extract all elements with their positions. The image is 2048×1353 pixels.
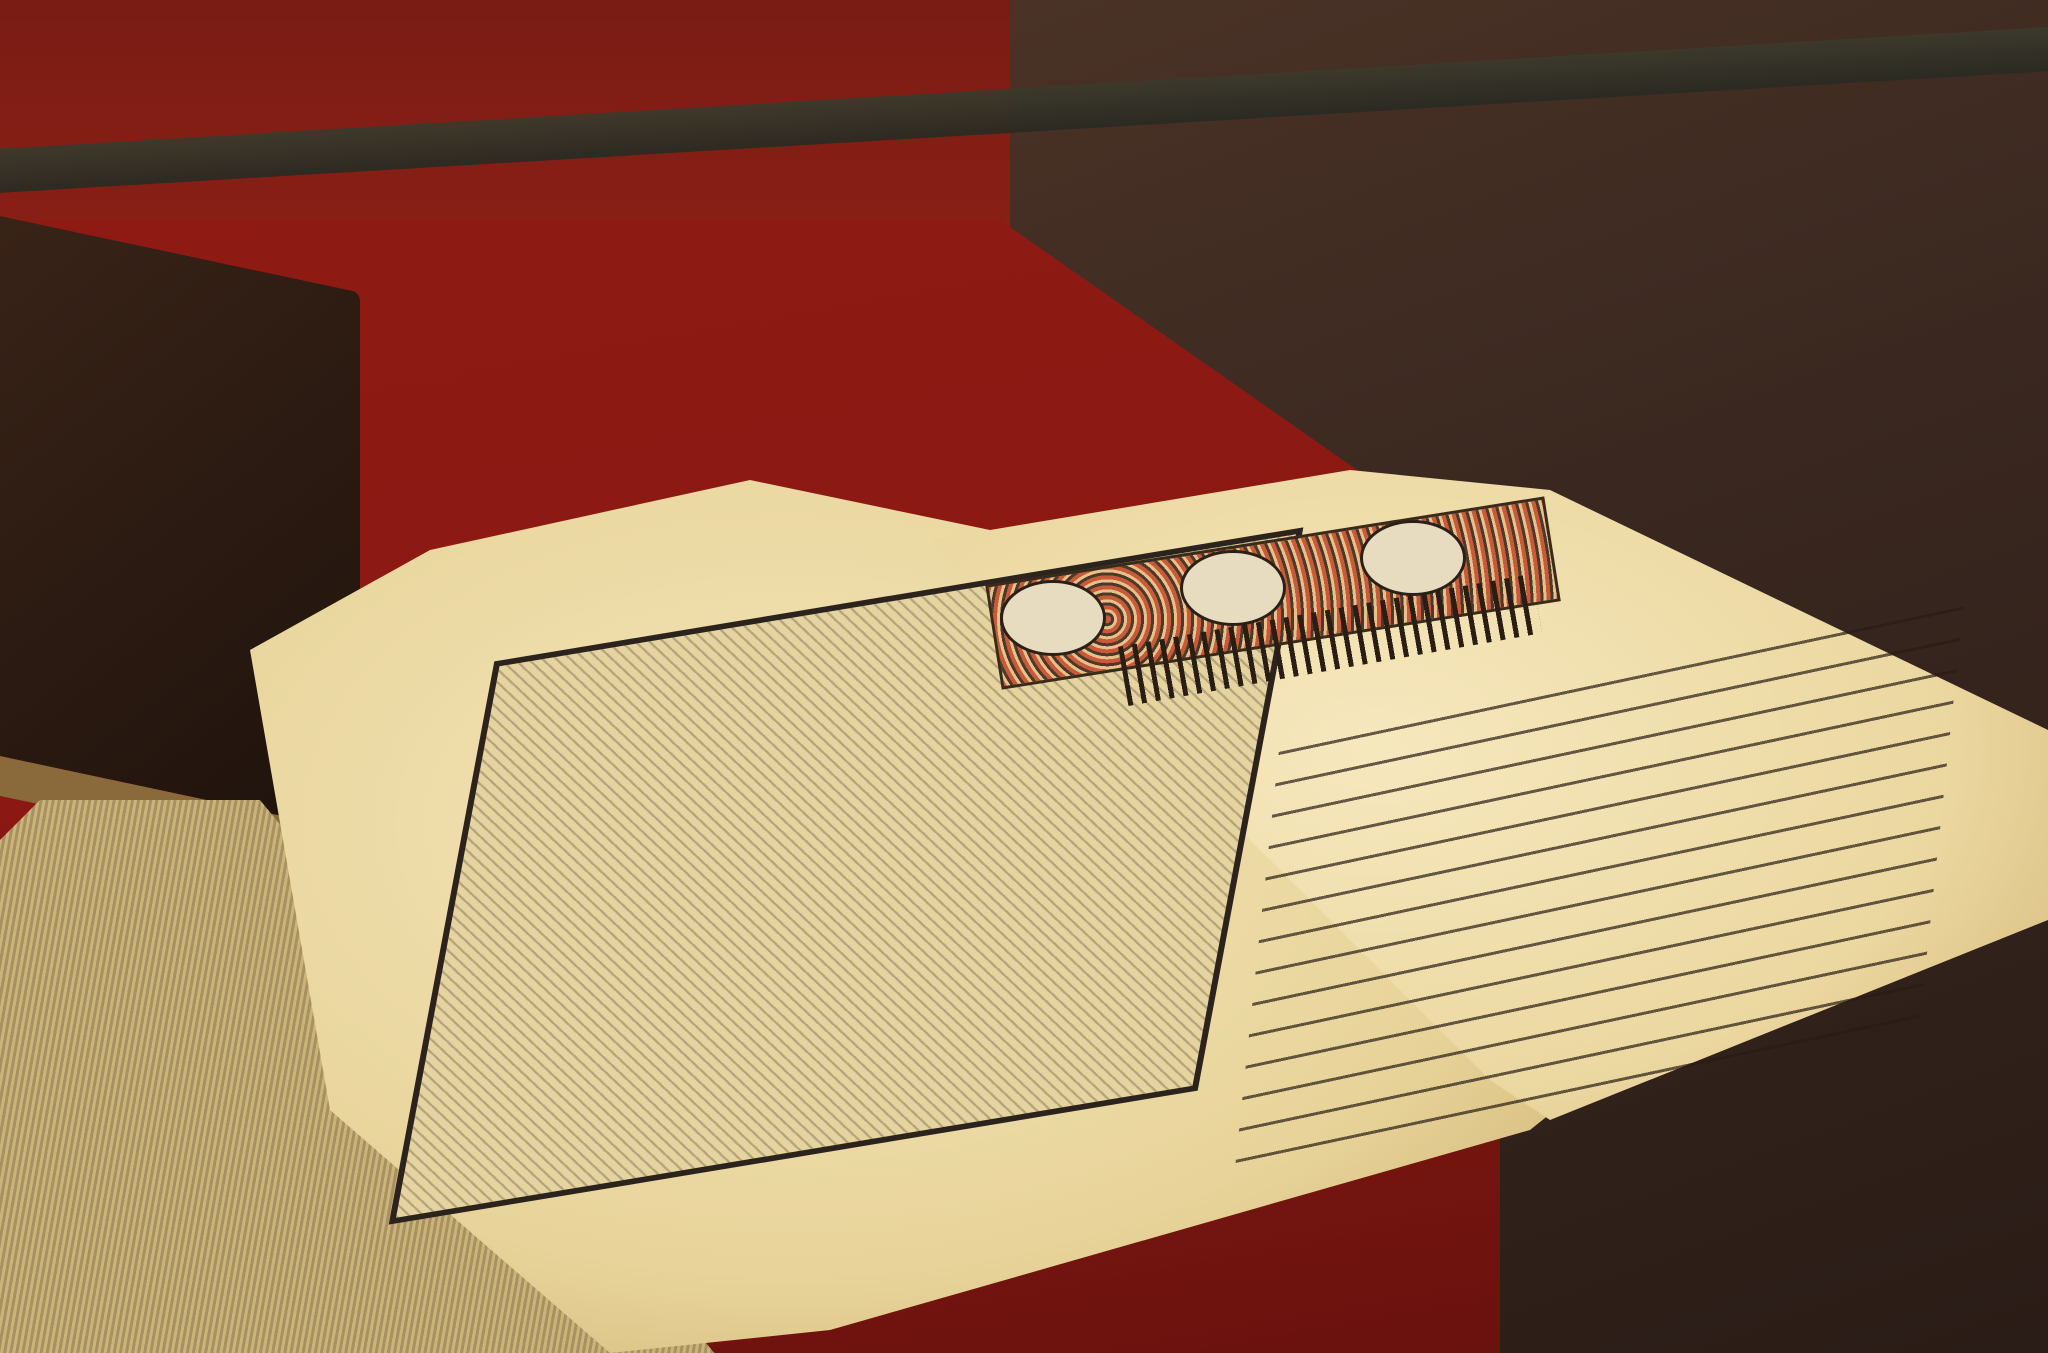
photo-scene xyxy=(0,0,2048,1353)
medallion-portrait xyxy=(1000,580,1106,656)
medallion-portrait xyxy=(1180,550,1286,626)
open-book xyxy=(0,470,2048,1353)
medallion-portrait xyxy=(1360,520,1466,596)
